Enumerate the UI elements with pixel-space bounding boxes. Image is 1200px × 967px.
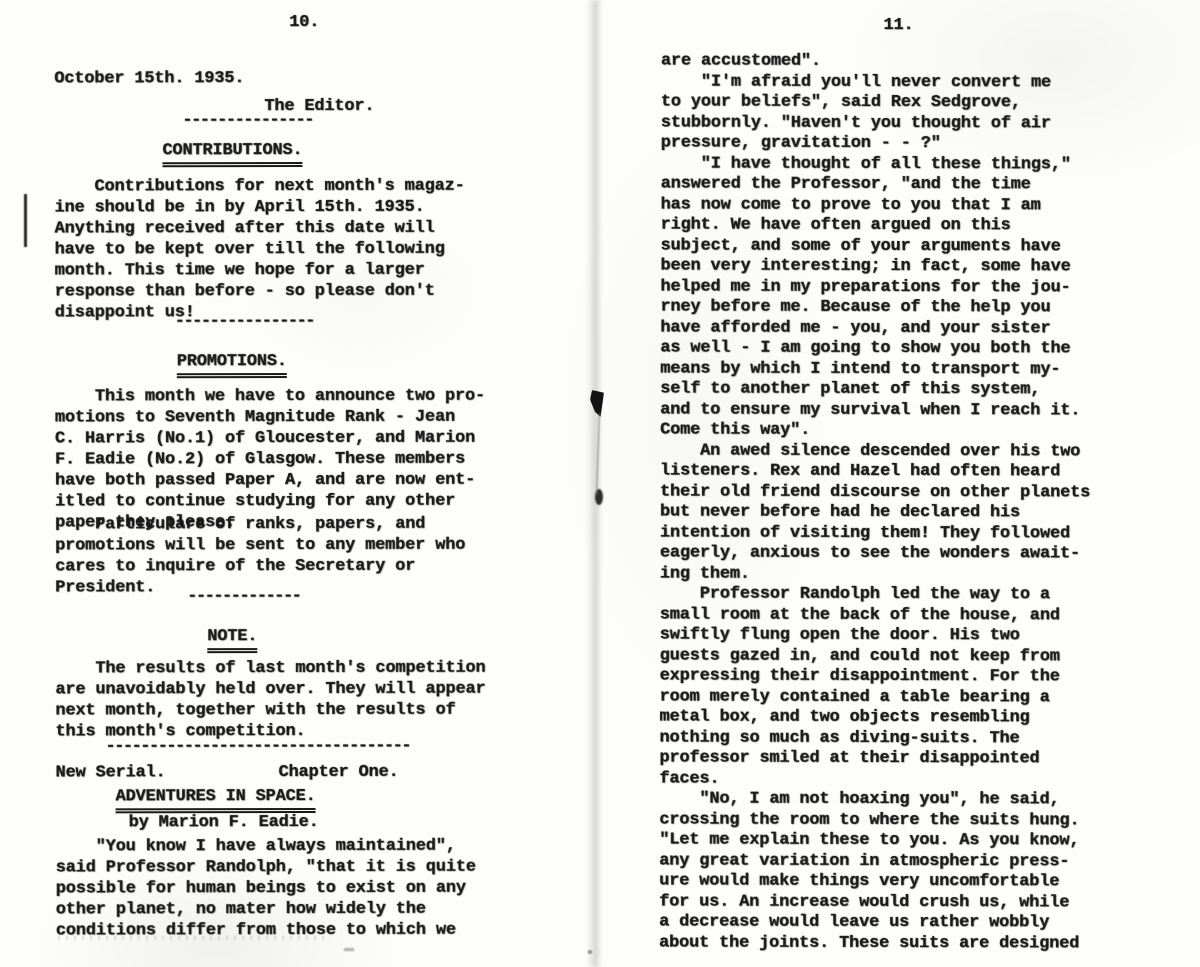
center-fold-shadow bbox=[586, 0, 602, 967]
promotions-heading: PROMOTIONS. bbox=[177, 353, 287, 378]
promotions-paragraph-1: This month we have to announce two pro- … bbox=[55, 386, 485, 534]
right-page-text: are accustomed". "I'm afraid you'll neve… bbox=[659, 52, 1091, 955]
left-page-number: 10. bbox=[54, 12, 554, 34]
note-paragraph: The results of last month's competition … bbox=[55, 658, 485, 743]
contributions-heading-wrap: CONTRIBUTIONS. bbox=[162, 140, 302, 167]
right-page: 11. are accustomed". "I'm afraid you'll … bbox=[659, 0, 1136, 967]
scan-artifact-line bbox=[24, 194, 27, 247]
contributions-heading: CONTRIBUTIONS. bbox=[162, 142, 302, 167]
separator-dashes-long: ----------------------------------- bbox=[105, 736, 410, 758]
serial-title-wrap: ADVENTURES IN SPACE. bbox=[116, 786, 316, 813]
right-page-number: 11. bbox=[661, 16, 1136, 37]
serial-title: ADVENTURES IN SPACE. bbox=[116, 788, 316, 813]
date-line: October 15th. 1935. bbox=[54, 68, 244, 89]
chapter-label: Chapter One. bbox=[278, 762, 398, 783]
separator-dashes: --------------- bbox=[182, 110, 313, 131]
new-serial-label: New Serial. bbox=[55, 762, 165, 783]
promotions-heading-wrap: PROMOTIONS. bbox=[177, 351, 287, 378]
separator-dashes: ---------------- bbox=[175, 311, 314, 332]
scan-dot bbox=[344, 948, 354, 951]
scan-speckle bbox=[58, 936, 328, 940]
left-page: 10. October 15th. 1935. The Editor. ----… bbox=[54, 0, 556, 967]
note-heading: NOTE. bbox=[207, 628, 257, 653]
note-heading-wrap: NOTE. bbox=[207, 626, 257, 653]
serial-opening-paragraph: "You know I have always maintained", sai… bbox=[56, 836, 476, 942]
serial-byline: by Marion F. Eadie. bbox=[129, 812, 319, 833]
contributions-paragraph: Contributions for next month's magaz- in… bbox=[54, 176, 464, 324]
scan-dot bbox=[588, 950, 592, 954]
separator-dashes: ------------- bbox=[187, 586, 300, 607]
